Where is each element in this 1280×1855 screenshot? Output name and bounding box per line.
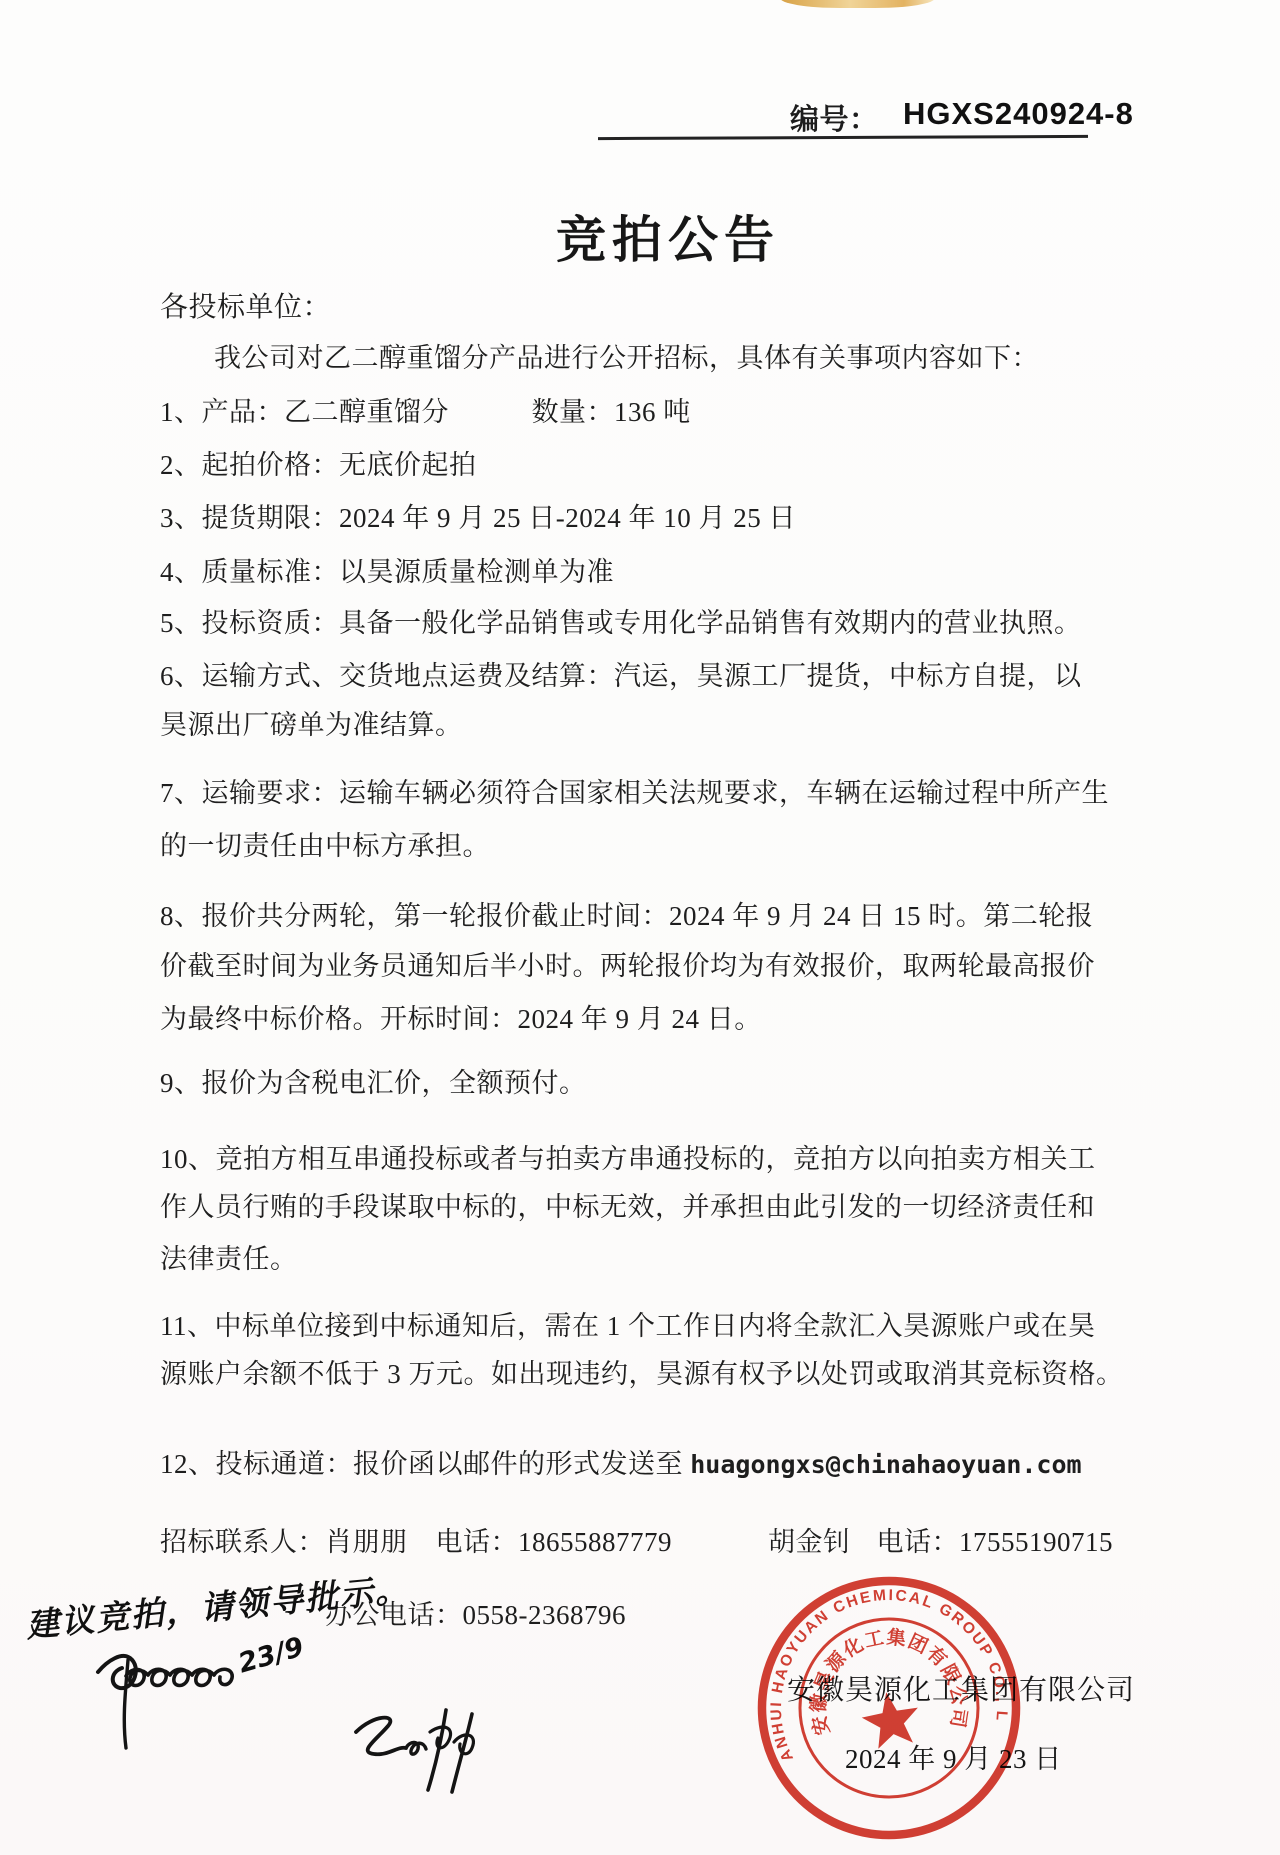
header-underline — [598, 135, 1088, 140]
body-line-item8c: 为最终中标价格。开标时间：2024 年 9 月 24 日。 — [160, 1002, 762, 1036]
body-line-item6a: 6、运输方式、交货地点运费及结算：汽运，昊源工厂提货，中标方自提，以 — [160, 659, 1082, 693]
contact2-phone-label: 电话： — [877, 1527, 960, 1557]
body-line-item9: 9、报价为含税电汇价，全额预付。 — [160, 1066, 587, 1100]
office-phone: 0558-2368796 — [463, 1600, 627, 1630]
handwritten-signature-left — [92, 1632, 282, 1757]
seal-star-icon — [858, 1687, 924, 1750]
scan-desk-edge — [780, 0, 935, 8]
body-line-item10a: 10、竞拍方相互串通投标或者与拍卖方串通投标的，竞拍方以向拍卖方相关工 — [160, 1142, 1096, 1176]
doc-number-label: 编号： — [790, 97, 879, 138]
bid-channel-text: 12、投标通道：报价函以邮件的形式发送至 — [160, 1449, 690, 1479]
intro-paragraph: 我公司对乙二醇重馏分产品进行公开招标，具体有关事项内容如下： — [214, 341, 1039, 375]
body-line-item11a: 11、中标单位接到中标通知后，需在 1 个工作日内将全款汇入昊源账户或在昊 — [160, 1309, 1096, 1343]
salutation: 各投标单位： — [160, 285, 331, 325]
contact-label: 招标联系人： — [160, 1527, 325, 1557]
body-line-item2: 2、起拍价格：无底价起拍 — [160, 448, 477, 482]
contact-line-left: 招标联系人：肖朋朋电话：18655887779 — [160, 1525, 672, 1559]
body-line-item3: 3、提货期限：2024 年 9 月 25 日-2024 年 10 月 25 日 — [160, 501, 796, 535]
handwritten-signature-center — [348, 1702, 508, 1802]
contact2-name: 胡金钊 — [768, 1527, 851, 1557]
body-line-item11b: 源账户余额不低于 3 万元。如出现违约，昊源有权予以处罚或取消其竞标资格。 — [160, 1357, 1124, 1391]
company-seal: ANHUI HAOYUAN CHEMICAL GROUP CO., LTD. 安… — [753, 1572, 1025, 1844]
bid-email: huagongxs@chinahaoyuan.com — [690, 1450, 1081, 1479]
doc-number-value: HGXS240924-8 — [903, 96, 1134, 132]
contact1-name: 肖朋朋 — [325, 1527, 408, 1557]
body-line-item1: 1、产品：乙二醇重馏分 数量：136 吨 — [160, 395, 691, 429]
body-line-item5: 5、投标资质：具备一般化学品销售或专用化学品销售有效期内的营业执照。 — [160, 606, 1082, 640]
contact-line-right: 胡金钊电话：17555190715 — [768, 1525, 1113, 1559]
scanned-document-page: 编号： HGXS240924-8 竞拍公告 各投标单位： 我公司对乙二醇重馏分产… — [0, 0, 1280, 1855]
body-line-item7b: 的一切责任由中标方承担。 — [160, 829, 490, 863]
body-line-item12: 12、投标通道：报价函以邮件的形式发送至 huagongxs@chinahaoy… — [160, 1447, 1082, 1482]
body-line-item8b: 价截至时间为业务员通知后半小时。两轮报价均为有效报价，取两轮最高报价 — [160, 949, 1095, 983]
contact1-phone-label: 电话： — [436, 1527, 519, 1557]
page-title: 竞拍公告 — [556, 200, 780, 272]
body-line-item4: 4、质量标准：以昊源质量检测单为准 — [160, 555, 614, 589]
contact2-phone: 17555190715 — [959, 1527, 1113, 1557]
body-line-item7a: 7、运输要求：运输车辆必须符合国家相关法规要求，车辆在运输过程中所产生 — [160, 776, 1109, 810]
body-line-item10c: 法律责任。 — [160, 1242, 298, 1276]
contact1-phone: 18655887779 — [518, 1527, 672, 1557]
body-line-item10b: 作人员行贿的手段谋取中标的，中标无效，并承担由此引发的一切经济责任和 — [160, 1190, 1095, 1224]
body-line-item6b: 昊源出厂磅单为准结算。 — [160, 708, 463, 742]
body-line-item8a: 8、报价共分两轮，第一轮报价截止时间：2024 年 9 月 24 日 15 时。… — [160, 899, 1093, 933]
